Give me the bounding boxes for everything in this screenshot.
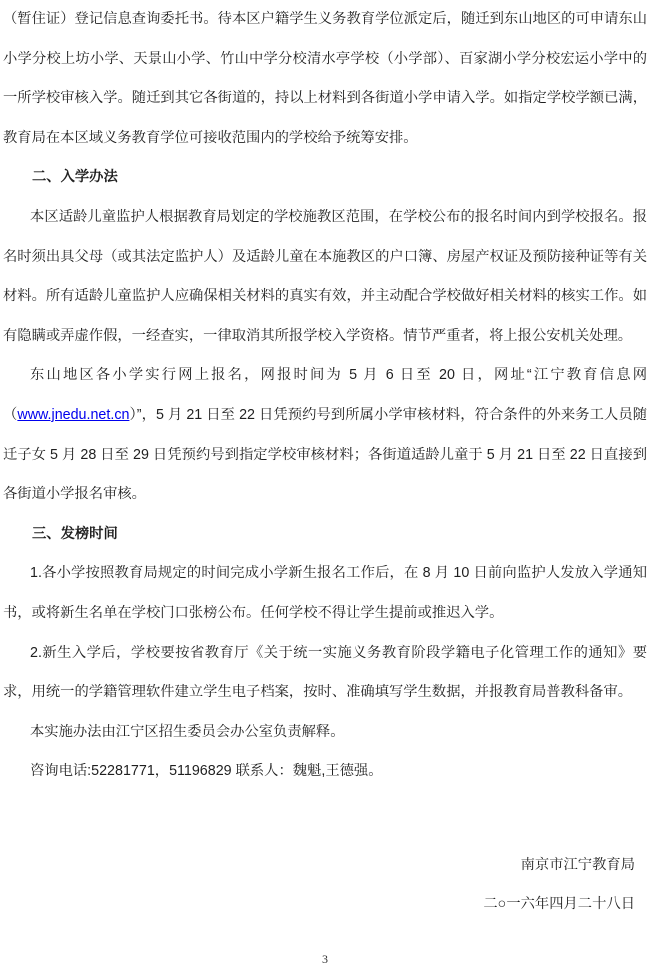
paragraph-announcement-item-1: 1.各小学按照教育局规定的时间完成小学新生报名工作后，在 8 月 10 日前向监… [3, 554, 647, 633]
section-heading-enrollment-method: 二、入学办法 [3, 158, 647, 198]
paragraph-interpretation: 本实施办法由江宁区招生委员会办公室负责解释。 [3, 713, 647, 753]
paragraph-announcement-item-2: 2.新生入学后，学校要按省教育厅《关于统一实施义务教育阶段学籍电子化管理工作的通… [3, 634, 647, 713]
paragraph-online-registration: 东山地区各小学实行网上报名，网报时间为 5 月 6 日至 20 日，网址“江宁教… [3, 356, 647, 514]
signature-issuer: 南京市江宁教育局 [3, 846, 635, 886]
paragraph-contact-info: 咨询电话:52281771，51196829 联系人：魏魁,王德强。 [3, 752, 647, 792]
page-number: 3 [0, 953, 650, 965]
jnedu-website-link[interactable]: www.jnedu.net.cn [17, 407, 129, 423]
signature-block: 南京市江宁教育局 二○一六年四月二十八日 [3, 846, 647, 925]
document-body: （暂住证）登记信息查询委托书。待本区户籍学生义务教育学位派定后，随迁到东山地区的… [0, 0, 650, 925]
paragraph-carryover: （暂住证）登记信息查询委托书。待本区户籍学生义务教育学位派定后，随迁到东山地区的… [3, 0, 647, 158]
document-page: （暂住证）登记信息查询委托书。待本区户籍学生义务教育学位派定后，随迁到东山地区的… [0, 0, 650, 971]
signature-date: 二○一六年四月二十八日 [3, 885, 635, 925]
section-heading-announcement-time: 三、发榜时间 [3, 515, 647, 555]
paragraph-enrollment-method: 本区适龄儿童监护人根据教育局划定的学校施教区范围，在学校公布的报名时间内到学校报… [3, 198, 647, 356]
